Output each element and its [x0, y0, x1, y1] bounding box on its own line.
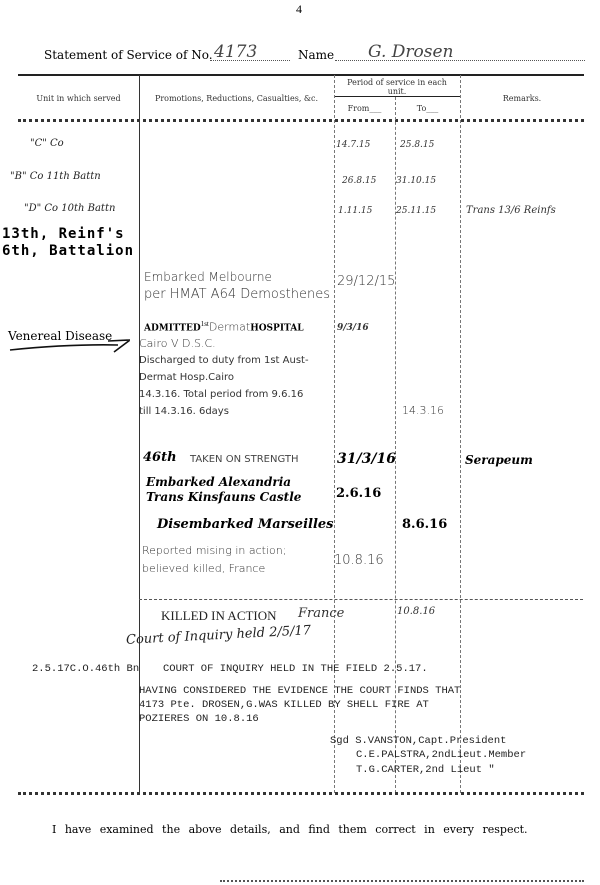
- embarked-melbourne-line2: per HMAT A64 Demosthenes: [144, 287, 330, 302]
- disembarked-text: Disembarked Marseilles: [157, 517, 333, 532]
- unit-d-company: "D" Co 10th Battn: [24, 203, 115, 214]
- report-reference: 2.5.17C.O.46th Bn: [32, 663, 139, 675]
- embarked-alexandria-line2: Trans Kinsfauns Castle: [146, 490, 301, 504]
- report-signature-member1: C.E.PALSTRA,2ndLieut.Member: [356, 749, 526, 761]
- unit-d-from: 1.11.15: [338, 206, 372, 216]
- unit-c-to: 25.8.15: [400, 140, 434, 150]
- admitted-hospital: ADMITTED1stDermatHOSPITAL: [144, 320, 304, 333]
- header-from: From___: [334, 104, 395, 113]
- taken-on-strength-remarks: Serapeum: [465, 453, 533, 467]
- admitted-from: 9/3/16: [337, 323, 369, 333]
- period-subheader-border: [334, 96, 460, 97]
- reported-missing-line1: Reported mising in action;: [142, 544, 286, 557]
- section-divider: [139, 599, 583, 600]
- name-label: Name: [298, 48, 334, 62]
- header-bottom-border: [18, 119, 584, 122]
- name-value: G. Drosen: [368, 42, 454, 62]
- unit-c-company: "C" Co: [30, 138, 64, 149]
- unit-b-company: "B" Co 11th Battn: [10, 171, 101, 182]
- discharged-line1: Discharged to duty from 1st Aust-: [139, 355, 309, 366]
- signature-line[interactable]: [220, 880, 584, 882]
- embarked-alexandria-from: 2.6.16: [336, 486, 381, 501]
- killed-place: France: [298, 606, 344, 621]
- killed-in-action: KILLED IN ACTION: [161, 608, 277, 624]
- header-promotions: Promotions, Reductions, Casualties, &c.: [139, 94, 334, 103]
- report-line2: 4173 Pte. DROSEN,G.WAS KILLED BY SHELL F…: [139, 699, 429, 711]
- report-title: COURT OF INQUIRY HELD IN THE FIELD 2.5.1…: [163, 663, 428, 675]
- embarked-alexandria-line1: Embarked Alexandria: [146, 475, 291, 489]
- admitted-dermat: Dermat: [209, 320, 250, 333]
- reported-missing-from: 10.8.16: [334, 553, 384, 568]
- header-remarks: Remarks.: [460, 94, 584, 103]
- report-line3: POZIERES ON 10.8.16: [139, 713, 259, 725]
- report-signature-president: Sgd S.VANSTON,Capt.President: [330, 735, 506, 747]
- discharged-line3: 14.3.16. Total period from 9.6.16: [139, 389, 303, 400]
- unit-d-remarks: Trans 13/6 Reinfs: [466, 205, 556, 216]
- court-of-inquiry-handwritten: Court of Inquiry held 2/5/17: [126, 623, 312, 648]
- disembarked-to: 8.6.16: [402, 517, 447, 532]
- unit-b-to: 31.10.15: [396, 176, 436, 186]
- admitted-sup: 1st: [201, 320, 209, 328]
- unit-c-from: 14.7.15: [336, 140, 370, 150]
- table-top-border: [18, 74, 584, 76]
- page-number: 4: [296, 2, 302, 17]
- certification-text: I have examined the above details, and f…: [52, 823, 528, 836]
- header-unit: Unit in which served: [18, 94, 139, 103]
- header-period: Period of service in each unit.: [340, 78, 454, 96]
- embarked-melbourne-line1: Embarked Melbourne: [144, 270, 272, 284]
- report-signature-member2: T.G.CARTER,2nd Lieut ": [356, 764, 495, 776]
- report-line1: HAVING CONSIDERED THE EVIDENCE THE COURT…: [139, 685, 460, 697]
- admitted-label: ADMITTED: [144, 323, 201, 333]
- table-bottom-border: [18, 792, 584, 795]
- embarked-melbourne-from: 29/12/15: [337, 274, 395, 289]
- taken-on-strength-text: TAKEN ON STRENGTH: [190, 454, 298, 465]
- statement-label: Statement of Service of No.: [44, 48, 213, 62]
- taken-on-strength-from: 31/3/16: [337, 451, 396, 467]
- unit-typed-line1: 13th, Reinf's: [2, 226, 125, 242]
- header-to: To___: [395, 104, 460, 113]
- killed-date: 10.8.16: [397, 606, 435, 617]
- reported-missing-line2: believed killed, France: [142, 562, 265, 575]
- admitted-hospital-label: HOSPITAL: [250, 323, 303, 333]
- admitted-line2: Cairo V D.S.C.: [139, 337, 216, 350]
- arrow-icon: [8, 338, 130, 354]
- unit-typed-line2: 6th, Battalion: [2, 243, 134, 259]
- discharged-line4: till 14.3.16. 6days: [139, 406, 229, 417]
- unit-b-from: 26.8.15: [342, 176, 376, 186]
- unit-d-to: 25.11.15: [396, 206, 436, 216]
- taken-on-strength-unit: 46th: [143, 450, 177, 465]
- service-number: 4173: [214, 42, 257, 62]
- discharged-line2: Dermat Hosp.Cairo: [139, 372, 234, 383]
- discharged-to: 14.3.16: [402, 404, 444, 417]
